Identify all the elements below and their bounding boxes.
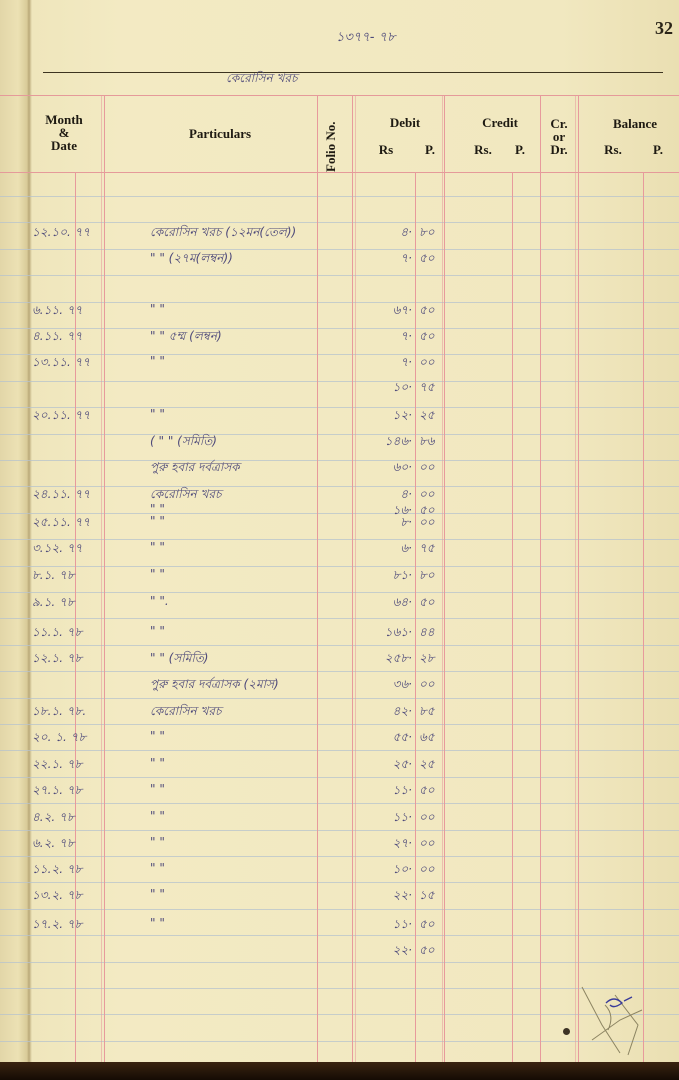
entry-debit-p: ৫০ xyxy=(419,302,435,322)
entry-date: ২২.১. ৭৮ xyxy=(32,756,82,776)
entry-debit-p: ৭৫ xyxy=(419,540,435,560)
entry-particulars: কেরোসিন খরচ xyxy=(150,703,221,723)
entry-particulars: " " xyxy=(150,835,165,849)
column-line xyxy=(578,95,579,1062)
entry-debit-rs: ১০· xyxy=(360,861,412,881)
entry-particulars: " " xyxy=(150,540,165,554)
entry-debit-rs: ১১· xyxy=(360,782,412,802)
entry-particulars: " ". xyxy=(150,594,169,608)
column-line xyxy=(415,172,416,1062)
entry-debit-rs: ১৪৬· xyxy=(360,433,412,453)
column-line xyxy=(317,95,318,1062)
entry-date: ১৩.১১. ৭৭ xyxy=(32,354,90,374)
entry-debit-p: ০০ xyxy=(419,459,435,479)
header-month-date: Month & Date xyxy=(40,113,88,152)
entry-debit-rs: ৬· xyxy=(360,540,412,560)
entry-debit-rs: ৪· xyxy=(360,224,412,244)
entry-debit-p: ৫০ xyxy=(419,328,435,348)
page-number: 32 xyxy=(655,18,673,39)
entry-debit-p: ৪৪ xyxy=(419,624,435,644)
entry-debit-p: ৮৫ xyxy=(419,703,435,723)
entry-debit-p: ৫০ xyxy=(419,250,435,270)
entry-date: ১৮.১. ৭৮. xyxy=(32,703,86,723)
entry-debit-rs: ৩৬· xyxy=(360,676,412,696)
column-line xyxy=(444,95,445,1062)
entry-particulars: " " xyxy=(150,809,165,823)
entry-date: ১৩.২. ৭৮ xyxy=(32,887,82,907)
entry-debit-rs: ১০· xyxy=(360,379,412,399)
column-line xyxy=(512,172,513,1062)
entry-debit-rs: ২৭· xyxy=(360,835,412,855)
entry-particulars: " " xyxy=(150,624,165,638)
title-rule xyxy=(43,72,663,73)
entry-debit-rs: ১১· xyxy=(360,809,412,829)
column-line xyxy=(101,95,102,1062)
entry-debit-p: ৮০ xyxy=(419,567,435,587)
entry-particulars: " " ৫ম্ম (লম্বন) xyxy=(150,328,222,348)
header-debit: Debit xyxy=(370,116,440,129)
account-title: কেরোসিন খরচ xyxy=(226,70,297,90)
entry-debit-p: ৫০ xyxy=(419,916,435,936)
entry-debit-p: ২৫ xyxy=(419,756,435,776)
entry-debit-rs: ২২· xyxy=(360,887,412,907)
entry-date: ২০. ১. ৭৮ xyxy=(32,729,86,749)
entry-debit-rs: ১৬১· xyxy=(360,624,412,644)
entry-debit-rs: ৭· xyxy=(360,354,412,374)
entry-debit-rs: ১১· xyxy=(360,916,412,936)
entry-debit-rs: ৭· xyxy=(360,250,412,270)
entry-particulars: পুরু হবার দর্বত্রাসক (২মাস) xyxy=(150,676,279,696)
column-line xyxy=(643,172,644,1062)
entry-debit-p: ০০ xyxy=(419,861,435,881)
header-folio: Folio No. xyxy=(323,121,339,172)
entry-particulars: ( " " (সমিতি) xyxy=(150,433,217,453)
entry-debit-p: ৬৫ xyxy=(419,729,435,749)
entry-date: ১২.১. ৭৮ xyxy=(32,650,82,670)
entry-debit-rs: ৬০· xyxy=(360,459,412,479)
entry-debit-p: ০০ xyxy=(419,514,435,534)
entry-particulars: " " xyxy=(150,756,165,770)
year-note: ১৩৭৭- ৭৮ xyxy=(336,28,396,49)
entry-date: ২৫.১১. ৭৭ xyxy=(32,514,90,534)
entry-debit-rs: ২৫৮· xyxy=(360,650,412,670)
entry-particulars: " " (সমিতি) xyxy=(150,650,209,670)
entry-particulars: " " xyxy=(150,861,165,875)
entry-particulars: " " xyxy=(150,514,165,528)
entry-particulars: " " xyxy=(150,354,165,368)
entry-debit-p: ৫০ xyxy=(419,594,435,614)
entry-particulars: " " xyxy=(150,567,165,581)
entry-debit-rs: ২২· xyxy=(360,942,412,962)
header-balance: Balance xyxy=(600,117,670,130)
entry-debit-p: ১৫ xyxy=(419,887,435,907)
entry-date: ১১.২. ৭৮ xyxy=(32,861,82,881)
header-credit-rs: Rs. xyxy=(470,143,496,156)
entry-debit-p: ২৫ xyxy=(419,407,435,427)
entry-debit-p: ৮০ xyxy=(419,224,435,244)
entry-debit-rs: ৮১· xyxy=(360,567,412,587)
entry-particulars: " " xyxy=(150,407,165,421)
entry-particulars: কেরোসিন খরচ (১২মন(তেল)) xyxy=(150,224,296,244)
ink-blot xyxy=(563,1028,570,1035)
entry-particulars: " " xyxy=(150,916,165,930)
entry-date: ৪.২. ৭৮ xyxy=(32,809,75,829)
book-edge xyxy=(0,1062,679,1080)
entry-date: ৬.২. ৭৮ xyxy=(32,835,75,855)
ledger-page: 32 ১৩৭৭- ৭৮ কেরোসিন খরচ Month & Date Par… xyxy=(0,0,679,1062)
column-line xyxy=(104,95,105,1062)
header-balance-rs: Rs. xyxy=(600,143,626,156)
entry-debit-p: ৫০ xyxy=(419,942,435,962)
header-credit: Credit xyxy=(470,116,530,129)
entry-debit-p: ০০ xyxy=(419,676,435,696)
header-cr-or-dr: Cr. or Dr. xyxy=(544,117,574,156)
entry-date: ২৪.১১. ৭৭ xyxy=(32,486,90,506)
entry-date: ১২.১০. ৭৭ xyxy=(32,224,90,244)
entry-particulars: " " xyxy=(150,782,165,796)
entry-date: ৮.১. ৭৮ xyxy=(32,567,75,587)
entry-date: ৯.১. ৭৮ xyxy=(32,594,75,614)
ink-scribble xyxy=(580,985,650,1060)
header-balance-p: P. xyxy=(648,143,668,156)
entry-particulars: " " xyxy=(150,302,165,316)
column-line xyxy=(575,95,576,1062)
column-line xyxy=(540,95,541,1062)
entry-debit-p: ৭৫ xyxy=(419,379,435,399)
entry-debit-rs: ১২· xyxy=(360,407,412,427)
column-line xyxy=(352,95,353,1062)
entry-particulars: " " (২৭ম(লম্বন)) xyxy=(150,250,233,270)
entry-date: ৬.১১. ৭৭ xyxy=(32,302,82,322)
entry-date: ১৭.২. ৭৮ xyxy=(32,916,82,936)
entry-debit-p: ২৮ xyxy=(419,650,435,670)
entry-debit-rs: ৭· xyxy=(360,328,412,348)
entry-debit-p: ০০ xyxy=(419,354,435,374)
header-debit-rs: Rs xyxy=(376,143,396,156)
entry-debit-rs: ৪২· xyxy=(360,703,412,723)
header-particulars: Particulars xyxy=(150,127,290,140)
entry-date: ১১.১. ৭৮ xyxy=(32,624,82,644)
entry-date: ২৭.১. ৭৮ xyxy=(32,782,82,802)
entry-debit-p: ৮৬ xyxy=(419,433,435,453)
entry-date: ২০.১১. ৭৭ xyxy=(32,407,90,427)
entry-particulars: " " xyxy=(150,729,165,743)
entry-debit-p: ৫০ xyxy=(419,782,435,802)
header-debit-p: P. xyxy=(420,143,440,156)
entry-debit-rs: ৬৭· xyxy=(360,302,412,322)
column-line xyxy=(442,95,443,1062)
header-credit-p: P. xyxy=(510,143,530,156)
entry-particulars: পুরু হবার দর্বত্রাসক xyxy=(150,459,240,479)
entry-particulars: " " xyxy=(150,887,165,901)
entry-date: ৩.১২. ৭৭ xyxy=(32,540,82,560)
entry-debit-rs: ৬৪· xyxy=(360,594,412,614)
entry-debit-p: ০০ xyxy=(419,835,435,855)
entry-debit-rs: ৮· xyxy=(360,514,412,534)
entry-debit-rs: ৫৫· xyxy=(360,729,412,749)
column-line xyxy=(355,95,356,1062)
entry-debit-rs: ২৫· xyxy=(360,756,412,776)
entry-date: ৪.১১. ৭৭ xyxy=(32,328,82,348)
entry-debit-p: ০০ xyxy=(419,809,435,829)
